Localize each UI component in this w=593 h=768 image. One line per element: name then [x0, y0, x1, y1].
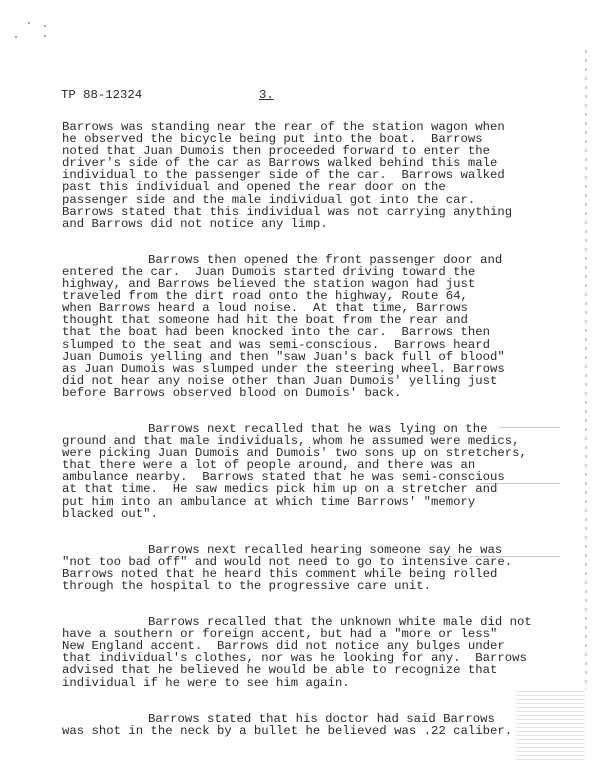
text-line: passenger side and the male individual g…	[62, 194, 582, 206]
text-line: through the hospital to the progressive …	[62, 580, 582, 592]
text-line: individual if he were to see him again.	[62, 677, 582, 689]
page-header: TP 88-12324 3.	[61, 88, 142, 102]
scan-speck	[28, 22, 30, 24]
page-number: 3.	[259, 88, 274, 102]
text-line: past this individual and opened the rear…	[62, 181, 582, 193]
text-line: put him into an ambulance at which time …	[62, 496, 582, 508]
text-line: at that time. He saw medics pick him up …	[62, 483, 582, 495]
paragraph: Barrows then opened the front passenger …	[62, 254, 582, 399]
text-line: Juan Dumois yelling and then "saw Juan's…	[62, 351, 582, 363]
document-body: Barrows was standing near the rear of th…	[62, 121, 582, 761]
paragraph: Barrows recalled that the unknown white …	[62, 616, 582, 689]
text-line: advised that he believed he would be abl…	[62, 664, 582, 676]
paragraph: Barrows next recalled hearing someone sa…	[62, 544, 582, 592]
scan-speck	[44, 25, 46, 27]
paragraph: Barrows next recalled that he was lying …	[62, 423, 582, 520]
paragraph: Barrows was standing near the rear of th…	[62, 121, 582, 230]
text-line: Barrows stated that his doctor had said …	[62, 713, 582, 725]
text-line: Barrows next recalled hearing someone sa…	[62, 544, 582, 556]
text-line: blacked out".	[62, 508, 582, 520]
text-line: that the boat had been knocked into the …	[62, 326, 582, 338]
file-number: TP 88-12324	[61, 88, 142, 102]
text-line: and Barrows did not notice any limp.	[62, 218, 582, 230]
scan-margin-artifact	[585, 50, 587, 690]
text-line: as Juan Dumois was slumped under the ste…	[62, 363, 582, 375]
text-line: slumped to the seat and was semi-conscio…	[62, 339, 582, 351]
paragraph: Barrows stated that his doctor had said …	[62, 713, 582, 737]
scan-speck	[44, 35, 46, 37]
document-page: TP 88-12324 3. Barrows was standing near…	[0, 0, 593, 768]
text-line: before Barrows observed blood on Dumois'…	[62, 387, 582, 399]
text-line: Barrows stated that this individual was …	[62, 206, 582, 218]
scan-speck	[15, 36, 17, 38]
text-line: was shot in the neck by a bullet he beli…	[62, 725, 582, 737]
